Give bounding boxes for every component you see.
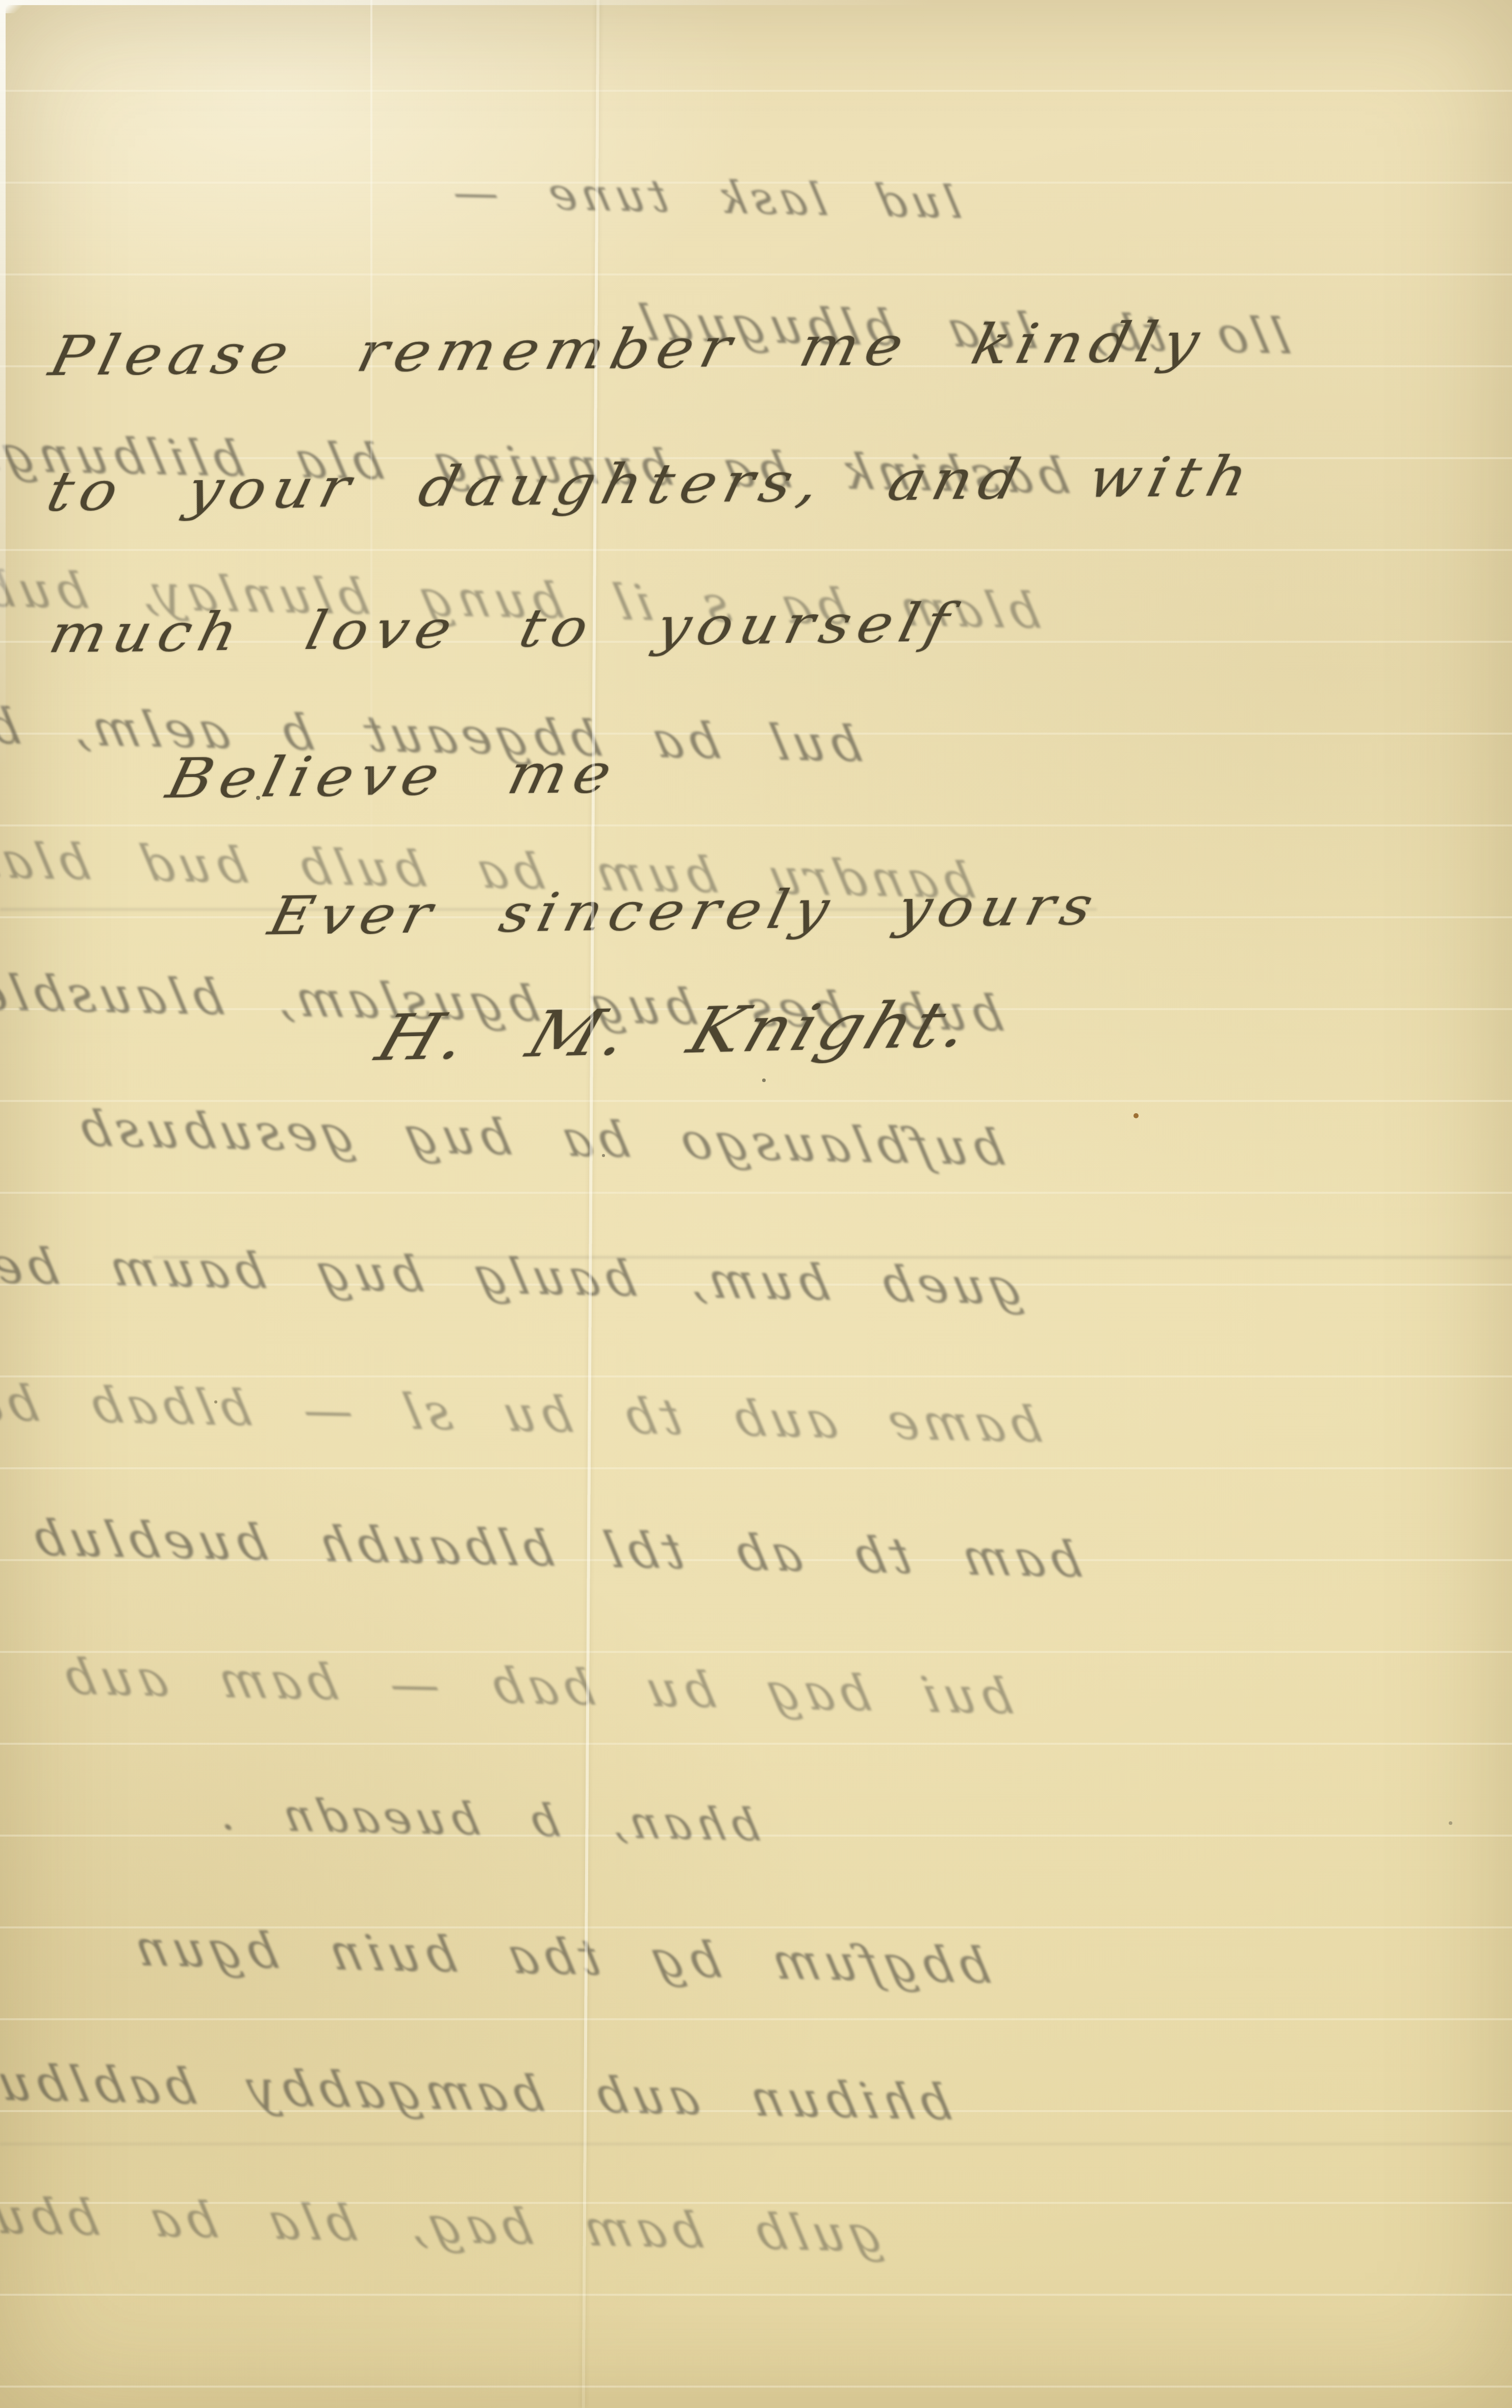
rule-showthrough-line (0, 2143, 1512, 2145)
paper-speck (1133, 1113, 1139, 1118)
crease-vertical (370, 0, 372, 915)
bleed-through-line: lud lask tune — (441, 163, 966, 232)
paper-speck (214, 1400, 217, 1403)
paper-speck (1449, 1821, 1452, 1825)
paper-speck (602, 1154, 605, 1157)
handwritten-line-5: Ever sincerely yours (264, 876, 1106, 945)
handwritten-line-3: much love to yourself (44, 593, 962, 663)
paper-speck (256, 796, 260, 800)
signature: H. M. Knight. (368, 990, 982, 1073)
scan-edge (0, 0, 28, 13)
handwritten-line-4: Believe me (161, 743, 624, 810)
paper-speck (762, 1078, 766, 1082)
scan-edge (0, 0, 938, 5)
bleed-through-line: bhan, b bueadn . (206, 1785, 765, 1855)
scan-edge (0, 0, 6, 770)
letter-scan: lud lask tune — llo tb, lua blbugual bas… (0, 0, 1512, 2408)
